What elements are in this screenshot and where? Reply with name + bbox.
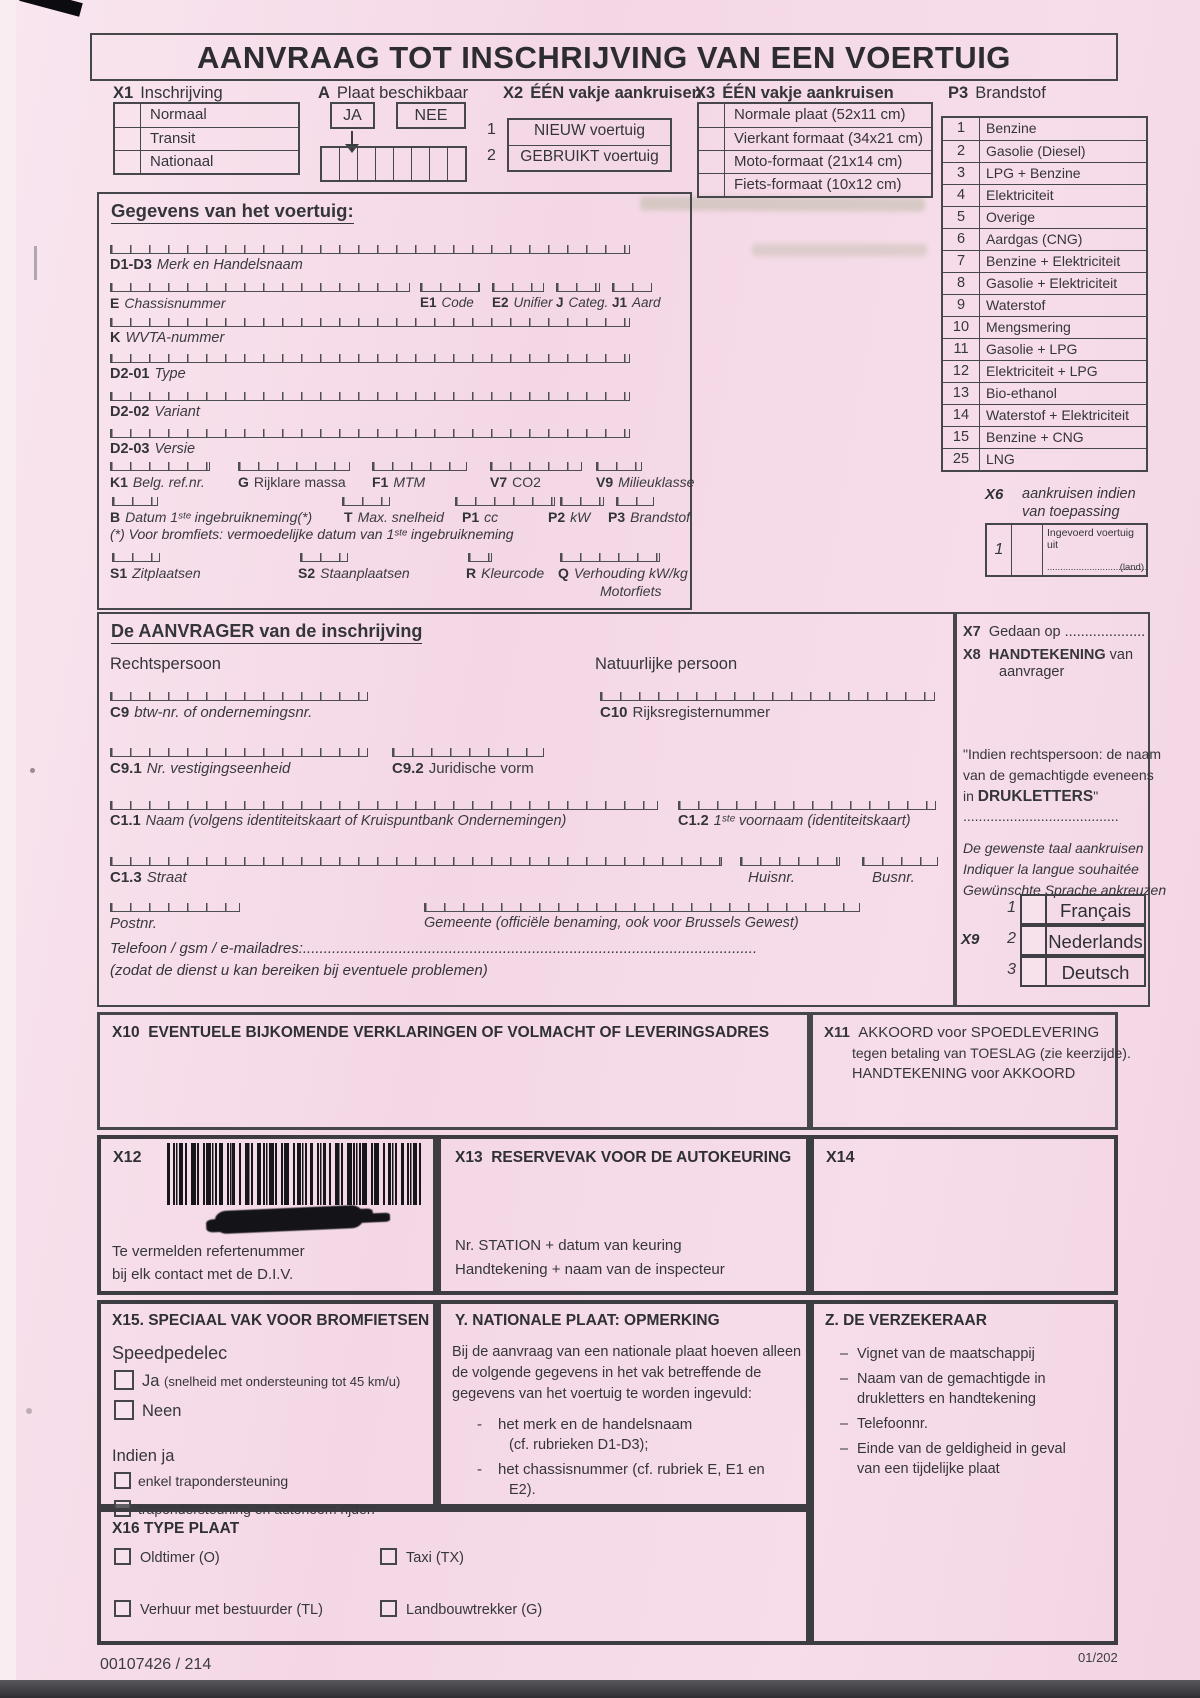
a-plate-cell[interactable]	[322, 148, 340, 180]
language-instruction-nl: De gewenste taal aankruisen	[963, 840, 1144, 856]
y-paragraph-line1: Bij de aanvraag van een nationale plaat …	[452, 1344, 801, 1360]
x6-checkbox[interactable]	[1011, 525, 1043, 575]
x1-option-label: Nationaal	[141, 151, 213, 173]
field-busnr-input[interactable]	[862, 857, 938, 866]
field-q-label2: Motorfiets	[600, 583, 661, 599]
fuel-label: Elektriciteit	[980, 185, 1054, 206]
y-title: Y. NATIONALE PLAAT: OPMERKING	[455, 1312, 720, 1330]
field-v9-label: V9Milieuklasse	[596, 474, 694, 490]
x6-code: X6	[985, 486, 1003, 503]
x11-line1: X11 AKKOORD voor SPOEDLEVERING	[824, 1024, 1099, 1041]
y-bullet1-line1: het merk en de handelsnaam	[477, 1416, 692, 1433]
field-c9-input[interactable]	[110, 692, 368, 701]
x11-code: X11	[824, 1024, 850, 1041]
x3-checkbox-fiets[interactable]	[699, 174, 725, 196]
field-d201-input[interactable]	[110, 354, 630, 363]
x16-checkbox-oldtimer[interactable]	[114, 1548, 131, 1565]
field-f1-label: F1MTM	[372, 474, 425, 490]
x16-checkbox-verhuur[interactable]	[114, 1600, 131, 1617]
fuel-number: 5	[943, 207, 980, 228]
field-d1d3-label: D1-D3Merk en Handelsnaam	[110, 257, 303, 273]
field-d202-label: D2-02Variant	[110, 404, 200, 420]
fuel-label: Bio-ethanol	[980, 383, 1057, 404]
x3-format-table: Normale plaat (52x11 cm) Vierkant formaa…	[697, 102, 933, 198]
x2-option-number: 1	[487, 121, 496, 139]
x2-gebruikt-cell[interactable]: GEBRUIKT voertuig	[509, 145, 670, 170]
a-code: A	[318, 84, 330, 102]
z-item: Telefoonnr.	[840, 1414, 1092, 1434]
x3-row: Vierkant formaat (34x21 cm)	[699, 127, 931, 150]
field-e-label: EChassisnummer	[110, 295, 225, 311]
fuel-row[interactable]: 9Waterstof	[943, 294, 1146, 316]
x15-ja-label: Ja (snelheid met ondersteuning tot 45 km…	[142, 1372, 400, 1391]
language-option-number: 3	[994, 961, 1016, 979]
field-d201-label: D2-01Type	[110, 366, 186, 382]
fuel-row[interactable]: 7Benzine + Elektriciteit	[943, 250, 1146, 272]
x9-code: X9	[961, 931, 979, 948]
x15-neen-label: Neen	[142, 1402, 181, 1421]
z-title: Z. DE VERZEKERAAR	[825, 1312, 987, 1330]
field-gemeente-input[interactable]	[424, 903, 860, 912]
field-busnr-label: Busnr.	[872, 869, 915, 886]
field-postnr-input[interactable]	[110, 903, 240, 912]
field-j-input[interactable]	[556, 283, 600, 292]
field-c91-input[interactable]	[110, 748, 368, 757]
x3-row: Fiets-formaat (10x12 cm)	[699, 173, 931, 196]
field-k1-input[interactable]	[110, 462, 210, 471]
a-plate-cell[interactable]	[448, 148, 465, 180]
fuel-label: Waterstof + Elektriciteit	[980, 405, 1129, 426]
form-title: AANVRAAG TOT INSCHRIJVING VAN EEN VOERTU…	[92, 35, 1116, 76]
field-s1-label: S1Zitplaatsen	[110, 565, 201, 581]
scan-left-margin	[0, 0, 16, 1698]
x15-title: X15. SPECIAAL VAK VOOR BROMFIETSEN	[112, 1312, 429, 1330]
x16-label-landbouwtrekker: Landbouwtrekker (G)	[406, 1602, 542, 1618]
mandate-note-line3: in DRUKLETTERS"	[963, 788, 1098, 806]
fuel-label: Waterstof	[980, 295, 1045, 316]
field-c91-label: C9.1Nr. vestigingseenheid	[110, 760, 290, 777]
fuel-number: 6	[943, 229, 980, 250]
field-v9-input[interactable]	[596, 462, 642, 471]
field-e1-label: E1Code	[420, 295, 474, 310]
a-plate-cell[interactable]	[430, 148, 448, 180]
field-k-input[interactable]	[110, 318, 630, 327]
field-k1-label: K1Belg. ref.nr.	[110, 474, 205, 490]
x13-title: X13 RESERVEVAK VOOR DE AUTOKEURING	[455, 1149, 791, 1167]
language-option-number: 2	[994, 930, 1016, 948]
x8-code: X8	[963, 647, 981, 663]
natural-person-label: Natuurlijke persoon	[595, 655, 737, 674]
field-c92-input[interactable]	[392, 748, 544, 757]
form-version: 01/202	[1078, 1650, 1118, 1665]
fuel-row[interactable]: 25LNG	[943, 448, 1146, 470]
field-b-label: BDatum 1ˢᵗᵉ ingebruikneming(*)	[110, 509, 312, 525]
x1-registration-table: Normaal Transit Nationaal	[113, 102, 300, 175]
x16-checkbox-taxi[interactable]	[380, 1548, 397, 1565]
a-plate-cell[interactable]	[394, 148, 412, 180]
x3-header: X3ÉÉN vakje aankruisen	[695, 84, 894, 103]
a-ja-cell[interactable]: JA	[330, 102, 375, 129]
field-huisnr-input[interactable]	[740, 857, 840, 866]
language-checkbox-francais[interactable]	[1020, 894, 1047, 925]
x8-label-line2: aanvrager	[999, 664, 1064, 680]
fuel-label: Aardgas (CNG)	[980, 229, 1082, 250]
x15-checkbox-neen[interactable]	[114, 1400, 134, 1420]
field-r-input[interactable]	[468, 553, 492, 562]
fuel-label: Benzine + CNG	[980, 427, 1084, 448]
x1-row-normaal: Normaal	[115, 104, 298, 127]
x1-code: X1	[113, 84, 133, 102]
field-d203-input[interactable]	[110, 429, 630, 438]
field-j1-input[interactable]	[612, 283, 652, 292]
fuel-number: 1	[943, 118, 980, 140]
x2-option-label: NIEUW voertuig	[534, 120, 645, 145]
p3-code: P3	[948, 84, 968, 102]
field-c92-label: C9.2Juridische vorm	[392, 760, 534, 777]
x13-line2: Handtekening + naam van de inspecteur	[455, 1261, 725, 1278]
mandate-write-line[interactable]: ........................................	[963, 808, 1145, 824]
field-c10-input[interactable]	[600, 692, 935, 701]
fuel-row[interactable]: 8Gasolie + Elektriciteit	[943, 272, 1146, 294]
fuel-row[interactable]: 2Gasolie (Diesel)	[943, 140, 1146, 162]
x16-checkbox-landbouwtrekker[interactable]	[380, 1600, 397, 1617]
field-s2-input[interactable]	[300, 553, 348, 562]
vehicle-section-title-text: Gegevens van het voertuig:	[111, 200, 354, 224]
x1-row-transit: Transit	[115, 127, 298, 150]
fuel-row[interactable]: 3LPG + Benzine	[943, 162, 1146, 184]
language-instruction-fr: Indiquer la langue souhaitée	[963, 861, 1139, 877]
field-g-input[interactable]	[238, 462, 350, 471]
y-paragraph-line2: de volgende gegevens in het vak betreffe…	[452, 1365, 761, 1381]
x1-option-label: Transit	[141, 128, 195, 150]
x6-row-number: 1	[987, 525, 1011, 575]
fuel-number: 7	[943, 251, 980, 272]
phone-email-field[interactable]: Telefoon / gsm / e-mailadres:...........…	[110, 940, 790, 957]
language-label-nederlands[interactable]: Nederlands	[1045, 925, 1146, 956]
fuel-label: LNG	[980, 449, 1015, 470]
x2-label: ÉÉN vakje aankruisen	[530, 84, 702, 102]
field-k-label: KWVTA-nummer	[110, 330, 224, 346]
x6-label: aankruisen indien	[1022, 486, 1136, 502]
field-e-input[interactable]	[110, 283, 410, 292]
fuel-number: 3	[943, 163, 980, 184]
form-number: 00107426 / 214	[100, 1656, 211, 1674]
x1-checkbox-nationaal[interactable]	[115, 151, 141, 173]
fuel-row[interactable]: 6Aardgas (CNG)	[943, 228, 1146, 250]
field-p3-input[interactable]	[616, 497, 654, 506]
x3-option-label: Fiets-formaat (10x12 cm)	[725, 174, 902, 196]
language-option-number: 1	[994, 899, 1016, 917]
x12-code: X12	[113, 1149, 141, 1167]
x12-note1: Te vermelden refertenummer	[112, 1243, 305, 1260]
fuel-label: LPG + Benzine	[980, 163, 1081, 184]
x15-opt1-label: enkel trapondersteuning	[138, 1473, 288, 1489]
mandate-note-line1: "Indien rechtspersoon: de naam	[963, 746, 1161, 762]
x3-code: X3	[695, 84, 715, 102]
field-j-label: JCateg.	[556, 295, 608, 310]
field-p1-label: P1cc	[462, 509, 498, 525]
x2-code: X2	[503, 84, 523, 102]
field-c9-label: C9btw-nr. of ondernemingsnr.	[110, 704, 312, 721]
x6-label: van toepassing	[1022, 504, 1120, 520]
x2-option-number: 2	[487, 147, 496, 165]
phone-note: (zodat de dienst u kan bereiken bij even…	[110, 962, 488, 979]
x10-title: X10 EVENTUELE BIJKOMENDE VERKLARINGEN OF…	[112, 1024, 769, 1042]
legal-person-label: Rechtspersoon	[110, 655, 221, 674]
x1-row-nationaal: Nationaal	[115, 150, 298, 173]
field-c10-label: C10Rijksregisternummer	[600, 704, 770, 721]
scan-bottom-edge	[0, 1680, 1200, 1698]
x16-label-verhuur: Verhuur met bestuurder (TL)	[140, 1602, 323, 1618]
x7-code: X7	[963, 624, 981, 640]
x14-code: X14	[826, 1149, 854, 1167]
fuel-row[interactable]: 14Waterstof + Elektriciteit	[943, 404, 1146, 426]
fuel-number: 15	[943, 427, 980, 448]
applicant-section-title: De AANVRAGER van de inschrijving	[111, 621, 422, 644]
fuel-label: Gasolie (Diesel)	[980, 141, 1086, 162]
language-label-deutsch[interactable]: Deutsch	[1045, 956, 1146, 987]
y-paragraph-line3: gegevens van het voertuig te worden inge…	[452, 1386, 752, 1402]
field-d202-input[interactable]	[110, 392, 630, 401]
fuel-row[interactable]: 5Overige	[943, 206, 1146, 228]
fuel-row[interactable]: 11Gasolie + LPG	[943, 338, 1146, 360]
x3-row: Normale plaat (52x11 cm)	[699, 104, 931, 127]
fuel-row[interactable]: 4Elektriciteit	[943, 184, 1146, 206]
a-label: Plaat beschikbaar	[337, 84, 468, 102]
x2-table: NIEUW voertuig GEBRUIKT voertuig	[507, 118, 672, 172]
fuel-number: 13	[943, 383, 980, 404]
arrow-down-icon	[351, 131, 353, 145]
z-item: Naam van de gemachtigde in drukletters e…	[840, 1369, 1092, 1409]
fuel-row[interactable]: 15Benzine + CNG	[943, 426, 1146, 448]
z-item: Vignet van de maatschappij	[840, 1344, 1092, 1364]
a-nee-cell[interactable]: NEE	[396, 102, 466, 129]
field-p3-label: P3Brandstof	[608, 509, 690, 525]
field-g-label: GRijklare massa	[238, 474, 346, 490]
x2-nieuw-cell[interactable]: NIEUW voertuig	[509, 120, 670, 145]
field-v7-input[interactable]	[490, 462, 582, 471]
field-p1-input[interactable]	[455, 497, 555, 506]
x1-header: X1Inschrijving	[113, 84, 223, 103]
x3-checkbox-vierkant[interactable]	[699, 128, 725, 150]
x6-country-area[interactable]: Ingevoerd voertuig uit .................…	[1043, 525, 1146, 575]
x3-option-label: Moto-formaat (21x14 cm)	[725, 151, 902, 173]
x16-label-oldtimer: Oldtimer (O)	[140, 1550, 220, 1566]
y-bullet1-line2: (cf. rubrieken D1-D3);	[509, 1437, 648, 1453]
a-plate-cells	[320, 146, 467, 182]
z-item: Einde van de geldigheid in geval van een…	[840, 1439, 1092, 1479]
field-postnr-label: Postnr.	[110, 915, 157, 932]
x15-checkbox-ja[interactable]	[114, 1370, 134, 1390]
field-c12-input[interactable]	[678, 801, 936, 810]
x3-checkbox-normale[interactable]	[699, 104, 725, 127]
a-header: APlaat beschikbaar	[318, 84, 468, 103]
x1-label: Inschrijving	[140, 84, 223, 102]
x3-label: ÉÉN vakje aankruisen	[722, 84, 894, 102]
field-e2-input[interactable]	[492, 283, 544, 292]
x7-label: Gedaan op	[989, 624, 1061, 640]
x15-checkbox-trapondersteuning[interactable]	[114, 1472, 131, 1489]
p3-header: P3Brandstof	[948, 84, 1046, 103]
fuel-number: 14	[943, 405, 980, 426]
fuel-label: Gasolie + LPG	[980, 339, 1077, 360]
x2-header: X2ÉÉN vakje aankruisen	[503, 84, 702, 103]
vehicle-footnote: (*) Voor bromfiets: vermoedelijke datum …	[110, 526, 514, 542]
fuel-row[interactable]: 13Bio-ethanol	[943, 382, 1146, 404]
fuel-number: 11	[943, 339, 980, 360]
scan-speck	[30, 768, 35, 773]
x15-indien-ja-label: Indien ja	[112, 1447, 174, 1466]
field-t-label: TMax. snelheid	[344, 509, 444, 525]
x3-option-label: Normale plaat (52x11 cm)	[725, 104, 905, 127]
fuel-label: Gasolie + Elektriciteit	[980, 273, 1117, 294]
x1-checkbox-transit[interactable]	[115, 128, 141, 150]
fuel-label: Benzine + Elektriciteit	[980, 251, 1120, 272]
y-bullet2-line2: E2).	[509, 1482, 536, 1498]
scan-corner-artifact	[19, 0, 83, 17]
field-e1-input[interactable]	[420, 283, 480, 292]
z-items: Vignet van de maatschappij Naam van de g…	[840, 1344, 1092, 1484]
x8-signature[interactable]: X8 HANDTEKENING van	[963, 647, 1133, 663]
fuel-number: 10	[943, 317, 980, 338]
mandate-note-line2: van de gemachtigde eveneens	[963, 767, 1154, 783]
field-v7-label: V7CO2	[490, 474, 541, 490]
x1-option-label: Normaal	[141, 104, 207, 127]
field-huisnr-label: Huisnr.	[748, 869, 795, 886]
field-j1-label: J1Aard	[612, 295, 661, 310]
x3-option-label: Vierkant formaat (34x21 cm)	[725, 128, 923, 150]
x13-line1: Nr. STATION + datum van keuring	[455, 1237, 682, 1254]
field-s1-input[interactable]	[112, 553, 160, 562]
language-checkbox-deutsch[interactable]	[1020, 956, 1047, 987]
x8-label-rest: van	[1110, 647, 1133, 663]
a-plate-cell[interactable]	[376, 148, 394, 180]
field-c12-label: C1.21ˢᵗᵉ voornaam (identiteitskaart)	[678, 813, 911, 829]
field-p2-input[interactable]	[560, 497, 604, 506]
p3-label: Brandstof	[975, 84, 1046, 102]
language-label-francais[interactable]: Français	[1045, 894, 1146, 925]
x16-label-taxi: Taxi (TX)	[406, 1550, 464, 1566]
reference-barcode	[167, 1143, 425, 1205]
applicant-section-title-text: De AANVRAGER van de inschrijving	[111, 621, 422, 644]
field-q-input[interactable]	[560, 553, 660, 562]
x11-line2: tegen betaling van TOESLAG (zie keerzijd…	[852, 1045, 1131, 1061]
x7-dots: ...............................	[1065, 624, 1145, 640]
field-f1-input[interactable]	[372, 462, 467, 471]
x3-row: Moto-formaat (21x14 cm)	[699, 150, 931, 173]
x3-checkbox-moto[interactable]	[699, 151, 725, 173]
x12-note2: bij elk contact met de D.I.V.	[112, 1266, 293, 1283]
y-bullet2-line1: het chassisnummer (cf. rubriek E, E1 en	[477, 1461, 765, 1478]
field-d203-label: D2-03Versie	[110, 441, 195, 457]
field-c11-input[interactable]	[110, 801, 658, 810]
field-c11-label: C1.1Naam (volgens identiteitskaart of Kr…	[110, 813, 566, 829]
language-checkbox-nederlands[interactable]	[1020, 925, 1047, 956]
x6-import-box: 1 Ingevoerd voertuig uit ...............…	[985, 523, 1148, 577]
vehicle-data-box	[97, 192, 692, 610]
fuel-number: 12	[943, 361, 980, 382]
field-e2-label: E2Unifier	[492, 295, 553, 310]
p3-fuel-table: 1Benzine 2Gasolie (Diesel) 3LPG + Benzin…	[941, 116, 1148, 472]
fuel-row[interactable]: 10Mengsmering	[943, 316, 1146, 338]
fuel-row[interactable]: 1Benzine	[943, 118, 1146, 140]
x11-line3: HANDTEKENING voor AKKOORD	[852, 1066, 1075, 1082]
field-s2-label: S2Staanplaatsen	[298, 565, 410, 581]
x1-checkbox-normaal[interactable]	[115, 104, 141, 127]
a-plate-cell[interactable]	[412, 148, 430, 180]
x8-label-bold: HANDTEKENING	[989, 647, 1106, 663]
a-plate-cell[interactable]	[340, 148, 358, 180]
field-gemeente-label: Gemeente (officiële benaming, ook voor B…	[424, 915, 799, 931]
field-c13-label: C1.3Straat	[110, 869, 187, 886]
a-plate-cell[interactable]	[358, 148, 376, 180]
scanned-form-page: AANVRAAG TOT INSCHRIJVING VAN EEN VOERTU…	[0, 0, 1200, 1698]
x2-option-label: GEBRUIKT voertuig	[520, 146, 658, 170]
field-d1d3-input[interactable]	[110, 245, 630, 254]
scan-speck	[26, 1408, 32, 1414]
fuel-number: 8	[943, 273, 980, 294]
x14-box[interactable]	[810, 1135, 1118, 1295]
fuel-label: Mengsmering	[980, 317, 1071, 338]
fuel-label: Benzine	[980, 118, 1037, 140]
field-c13-input[interactable]	[110, 857, 722, 866]
field-r-label: RKleurcode	[466, 565, 544, 581]
x16-title: X16 TYPE PLAAT	[112, 1520, 239, 1538]
ghost-print-artifact	[752, 244, 927, 256]
x15-speedpedelec-label: Speedpedelec	[112, 1343, 227, 1364]
x6-box-label: Ingevoerd voertuig uit	[1047, 527, 1146, 551]
x7-done-on[interactable]: X7 Gedaan op ...........................…	[963, 624, 1145, 640]
fuel-number: 9	[943, 295, 980, 316]
x6-land-label: (land)	[1120, 562, 1144, 573]
fuel-row[interactable]: 12Elektriciteit + LPG	[943, 360, 1146, 382]
fuel-label: Elektriciteit + LPG	[980, 361, 1098, 382]
field-b-input[interactable]	[112, 497, 158, 506]
field-t-input[interactable]	[342, 497, 390, 506]
field-q-label: QVerhouding kW/kg	[558, 565, 688, 581]
fuel-number: 4	[943, 185, 980, 206]
scan-speck	[34, 246, 37, 280]
vehicle-section-title: Gegevens van het voertuig:	[111, 200, 354, 224]
fuel-label: Overige	[980, 207, 1035, 228]
field-p2-label: P2kW	[548, 509, 590, 525]
form-title-box: AANVRAAG TOT INSCHRIJVING VAN EEN VOERTU…	[90, 33, 1118, 81]
fuel-number: 25	[943, 449, 980, 470]
fuel-number: 2	[943, 141, 980, 162]
